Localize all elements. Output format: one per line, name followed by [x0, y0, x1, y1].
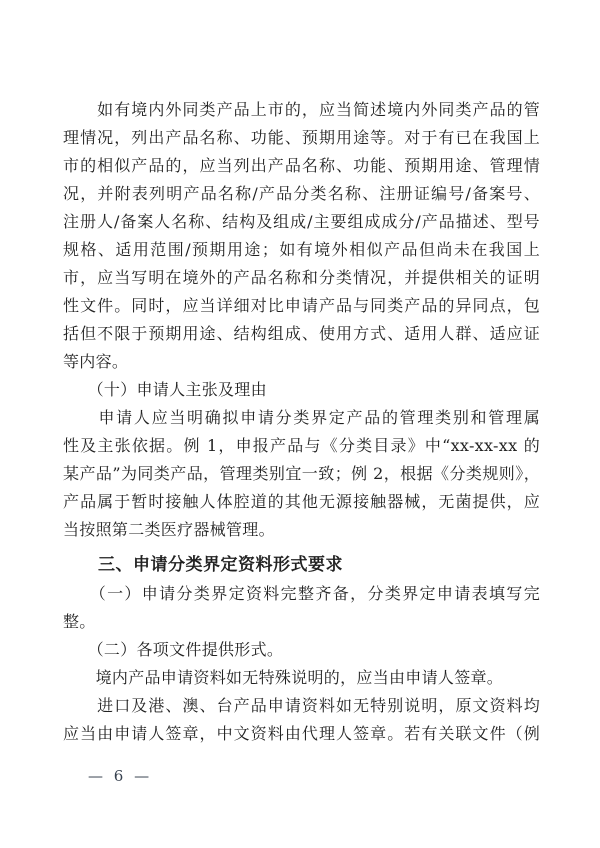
- text-line: （一）申请分类界定资料完整齐备，分类界定申请表填写完: [63, 580, 540, 608]
- text-line: 市，应当写明在境外的产品名称和分类情况，并提供相关的证明: [63, 264, 540, 292]
- text-line: 况，并附表列明产品名称/产品分类名称、注册证编号/备案号、: [63, 180, 540, 208]
- text-line: 注册人/备案人名称、结构及组成/主要组成成分/产品描述、型号: [63, 208, 540, 236]
- text-line: 产品属于暂时接触人体腔道的其他无源接触器械，无菌提供，应: [63, 488, 540, 516]
- paragraph-item-two: （二）各项文件提供形式。: [63, 636, 540, 664]
- text-line: 括但不限于预期用途、结构组成、使用方式、适用人群、适应证: [63, 320, 540, 348]
- page-number: — 6 —: [88, 766, 152, 786]
- text-line: （二）各项文件提供形式。: [63, 636, 540, 664]
- text-line: 当按照第二类医疗器械管理。: [63, 516, 540, 544]
- text-line: 境内产品申请资料如无特殊说明的，应当由申请人签章。: [63, 664, 540, 692]
- text-line: 整。: [63, 608, 540, 636]
- text-line: 理情况，列出产品名称、功能、预期用途等。对于有已在我国上: [63, 124, 540, 152]
- text-line: 性及主张依据。例 1，申报产品与《分类目录》中“xx-xx-xx 的: [63, 432, 540, 460]
- text-line: 如有境内外同类产品上市的，应当简述境内外同类产品的管: [63, 96, 540, 124]
- text-line: 申请人应当明确拟申请分类界定产品的管理类别和管理属: [63, 404, 540, 432]
- text-line: 性文件。同时，应当详细对比申请产品与同类产品的异同点，包: [63, 292, 540, 320]
- section-heading-three: 三、申请分类界定资料形式要求: [63, 551, 540, 580]
- document-body: 如有境内外同类产品上市的，应当简述境内外同类产品的管理情况，列出产品名称、功能、…: [63, 96, 540, 748]
- paragraph-imported-products: 进口及港、澳、台产品申请资料如无特别说明，原文资料均应当由申请人签章，中文资料由…: [63, 692, 540, 748]
- paragraph-applicant-claims: 申请人应当明确拟申请分类界定产品的管理类别和管理属性及主张依据。例 1，申报产品…: [63, 404, 540, 544]
- paragraph-similar-products: 如有境内外同类产品上市的，应当简述境内外同类产品的管理情况，列出产品名称、功能、…: [63, 96, 540, 376]
- subheading-item-ten: （十）申请人主张及理由: [63, 376, 540, 404]
- paragraph-domestic-products: 境内产品申请资料如无特殊说明的，应当由申请人签章。: [63, 664, 540, 692]
- text-line: 等内容。: [63, 348, 540, 376]
- document-page: 如有境内外同类产品上市的，应当简述境内外同类产品的管理情况，列出产品名称、功能、…: [0, 0, 600, 848]
- text-line: 市的相似产品的，应当列出产品名称、功能、预期用途、管理情: [63, 152, 540, 180]
- text-line: （十）申请人主张及理由: [63, 376, 540, 404]
- text-line: 应当由申请人签章，中文资料由代理人签章。若有关联文件（例: [63, 720, 540, 748]
- paragraph-item-one: （一）申请分类界定资料完整齐备，分类界定申请表填写完整。: [63, 580, 540, 636]
- text-line: 三、申请分类界定资料形式要求: [63, 551, 540, 580]
- text-line: 进口及港、澳、台产品申请资料如无特别说明，原文资料均: [63, 692, 540, 720]
- text-line: 规格、适用范围/预期用途；如有境外相似产品但尚未在我国上: [63, 236, 540, 264]
- text-line: 某产品”为同类产品，管理类别宜一致；例 2，根据《分类规则》，: [63, 460, 540, 488]
